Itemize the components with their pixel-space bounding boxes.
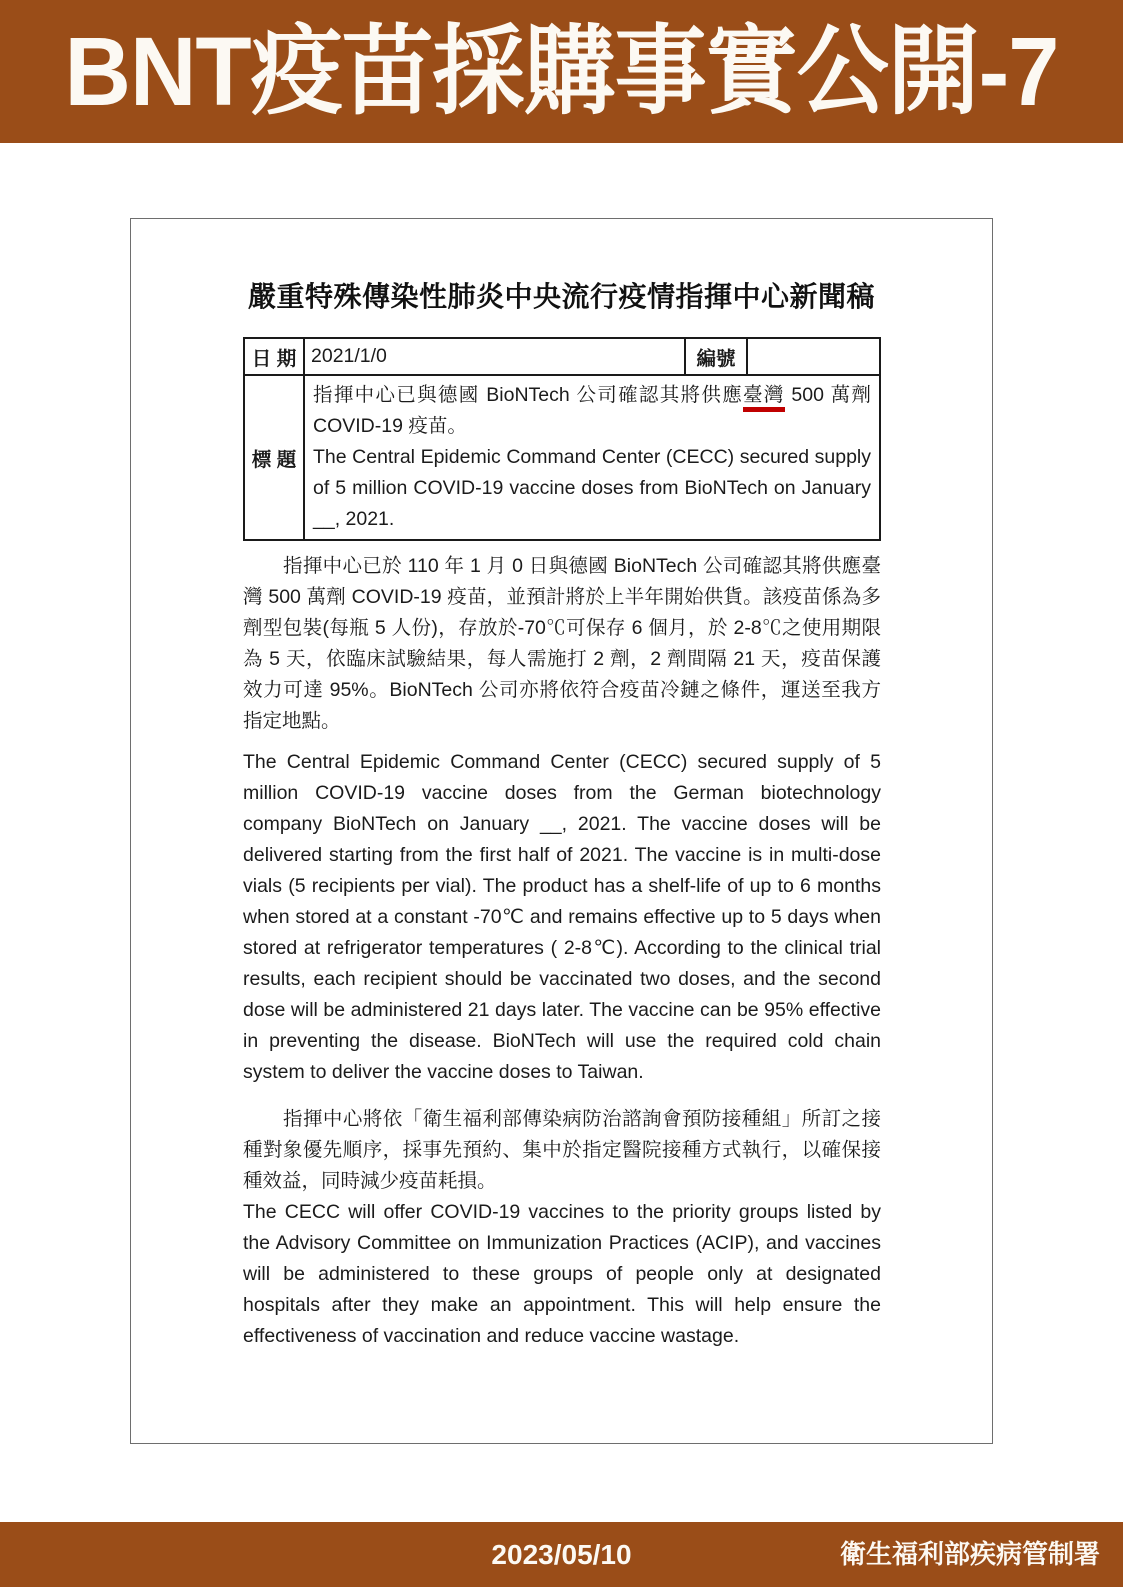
serial-number-value <box>747 338 880 375</box>
date-value: 2021/1/0 <box>304 338 685 375</box>
paragraph-en-2: The CECC will offer COVID-19 vaccines to… <box>243 1197 881 1352</box>
subject-zh-before: 指揮中心已與德國 BioNTech 公司確認其將供應 <box>313 384 743 406</box>
table-row-subject: 標 題 指揮中心已與德國 BioNTech 公司確認其將供應臺灣 500 萬劑 … <box>244 375 880 540</box>
bnt-press-release-poster: { "banner": { "title": "BNT疫苗採購事實公開-7" }… <box>0 0 1123 1587</box>
date-label: 日 期 <box>244 338 304 375</box>
table-row-date: 日 期 2021/1/0 編號 <box>244 338 880 375</box>
subject-content: 指揮中心已與德國 BioNTech 公司確認其將供應臺灣 500 萬劑 COVI… <box>304 375 880 540</box>
subject-text-zh: 指揮中心已與德國 BioNTech 公司確認其將供應臺灣 500 萬劑 COVI… <box>313 380 871 442</box>
press-release-page: 嚴重特殊傳染性肺炎中央流行疫情指揮中心新聞稿 日 期 2021/1/0 編號 標… <box>130 218 993 1444</box>
press-release-body: 指揮中心已於 110 年 1 月 0 日與德國 BioNTech 公司確認其將供… <box>243 551 880 1352</box>
paragraph-zh-1: 指揮中心已於 110 年 1 月 0 日與德國 BioNTech 公司確認其將供… <box>243 551 881 737</box>
subject-zh-highlight-taiwan: 臺灣 <box>743 384 785 412</box>
bottom-bar: 2023/05/10 衛生福利部疾病管制署 <box>0 1522 1123 1587</box>
serial-number-label: 編號 <box>685 338 747 375</box>
agency-name: 衛生福利部疾病管制署 <box>840 1522 1100 1587</box>
top-banner: BNT疫苗採購事實公開-7 <box>0 0 1123 143</box>
document-title: 嚴重特殊傳染性肺炎中央流行疫情指揮中心新聞稿 <box>243 275 880 315</box>
subject-label: 標 題 <box>244 375 304 540</box>
paragraph-zh-2: 指揮中心將依「衛生福利部傳染病防治諮詢會預防接種組」所訂之接種對象優先順序，採事… <box>243 1104 881 1197</box>
banner-title: BNT疫苗採購事實公開-7 <box>65 23 1059 121</box>
press-release-info-table: 日 期 2021/1/0 編號 標 題 指揮中心已與德國 BioNTech 公司… <box>243 337 881 541</box>
subject-text-en: The Central Epidemic Command Center (CEC… <box>313 442 871 535</box>
paragraph-en-1: The Central Epidemic Command Center (CEC… <box>243 747 881 1088</box>
